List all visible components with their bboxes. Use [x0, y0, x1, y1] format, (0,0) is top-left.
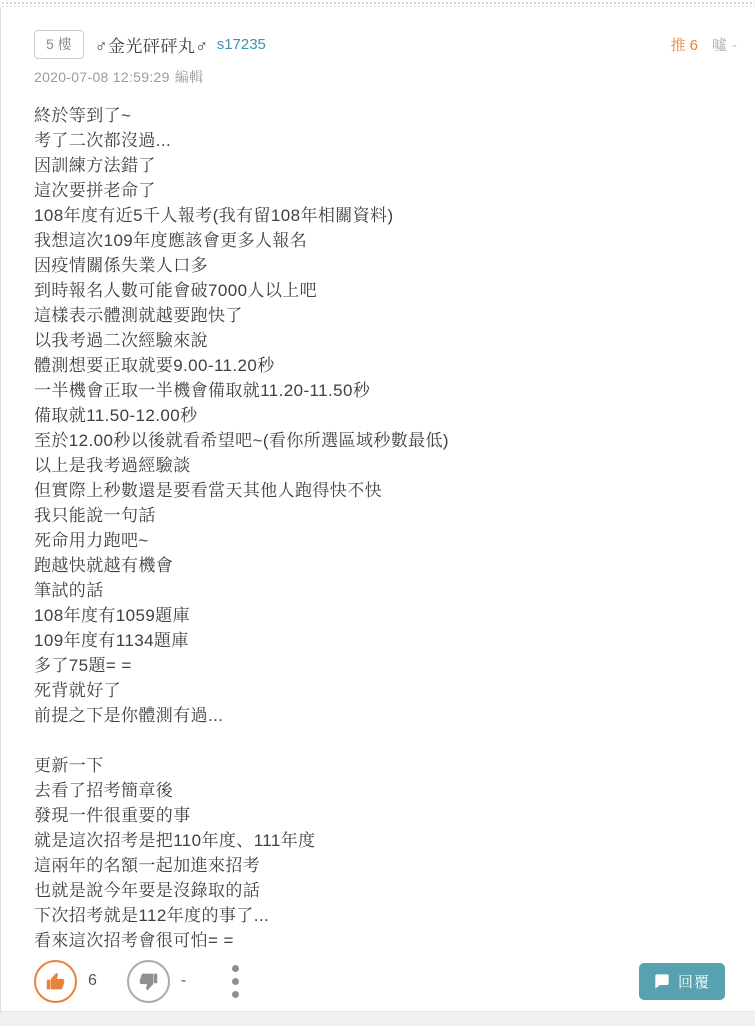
reply-button[interactable]: 回覆 — [639, 963, 725, 1000]
body-line: 因訓練方法錯了 — [34, 153, 755, 178]
boo-count: - — [732, 37, 737, 54]
push-label: 推 — [671, 37, 686, 54]
body-line: 多了75題= = — [34, 653, 755, 678]
actions-bar: 6 - 回覆 — [34, 960, 755, 1003]
thumb-up-icon — [45, 971, 66, 992]
thumb-down-icon — [138, 971, 159, 992]
body-line: 終於等到了~ — [34, 103, 755, 128]
body-line: 這兩年的名額一起加進來招考 — [34, 853, 755, 878]
timestamp: 2020-07-08 12:59:29 — [34, 69, 170, 85]
kebab-menu-icon[interactable] — [228, 963, 243, 1000]
author-name: ♂金光砰砰丸♂ — [95, 32, 209, 57]
body-line: 前提之下是你體測有過... — [34, 703, 755, 728]
edited-label: 編輯 — [175, 69, 204, 85]
body-line: 109年度有1134題庫 — [34, 628, 755, 653]
body-line: 體測想要正取就要9.00-11.20秒 — [34, 353, 755, 378]
body-line: 看來這次招考會很可怕= = — [34, 928, 755, 953]
author-id-link[interactable]: s17235 — [217, 36, 266, 53]
body-line: 我想這次109年度應該會更多人報名 — [34, 228, 755, 253]
body-line: 一半機會正取一半機會備取就11.20-11.50秒 — [34, 378, 755, 403]
top-divider-pattern — [0, 0, 755, 7]
post-body: 終於等到了~考了二次都沒過...因訓練方法錯了這次要拼老命了108年度有近5千人… — [34, 103, 755, 953]
thumb-down-button[interactable] — [127, 960, 170, 1003]
dislike-count: - — [181, 972, 186, 990]
body-line: 更新一下 — [34, 753, 755, 778]
comment-header: 5 樓 ♂金光砰砰丸♂ s17235 推6噓- — [34, 30, 755, 59]
body-line: 備取就11.50-12.00秒 — [34, 403, 755, 428]
body-line: 因疫情關係失業人口多 — [34, 253, 755, 278]
comment-card: 5 樓 ♂金光砰砰丸♂ s17235 推6噓- 2020-07-08 12:59… — [0, 7, 755, 1012]
body-line: 去看了招考簡章後 — [34, 778, 755, 803]
body-line: 也就是說今年要是沒錄取的話 — [34, 878, 755, 903]
body-line: 死背就好了 — [34, 678, 755, 703]
body-line: 108年度有1059題庫 — [34, 603, 755, 628]
page-background-strip — [0, 1012, 755, 1026]
like-count: 6 — [88, 972, 97, 990]
body-line — [34, 728, 755, 753]
body-line: 以我考過二次經驗來說 — [34, 328, 755, 353]
body-line: 發現一件很重要的事 — [34, 803, 755, 828]
body-line: 以上是我考過經驗談 — [34, 453, 755, 478]
body-line: 我只能說一句話 — [34, 503, 755, 528]
body-line: 至於12.00秒以後就看希望吧~(看你所選區域秒數最低) — [34, 428, 755, 453]
body-line: 跑越快就越有機會 — [34, 553, 755, 578]
body-line: 考了二次都沒過... — [34, 128, 755, 153]
push-count: 6 — [690, 37, 698, 54]
body-line: 但實際上秒數還是要看當天其他人跑得快不快 — [34, 478, 755, 503]
body-line: 這樣表示體測就越要跑快了 — [34, 303, 755, 328]
chat-bubble-icon — [654, 973, 670, 989]
push-boo-stats: 推6噓- — [671, 34, 737, 55]
body-line: 筆試的話 — [34, 578, 755, 603]
reply-button-label: 回覆 — [678, 971, 710, 992]
floor-badge: 5 樓 — [34, 30, 84, 59]
timestamp-row: 2020-07-08 12:59:29編輯 — [34, 67, 755, 87]
body-line: 下次招考就是112年度的事了... — [34, 903, 755, 928]
body-line: 死命用力跑吧~ — [34, 528, 755, 553]
body-line: 就是這次招考是把110年度、111年度 — [34, 828, 755, 853]
boo-label: 噓 — [712, 37, 727, 54]
body-line: 這次要拼老命了 — [34, 178, 755, 203]
body-line: 108年度有近5千人報考(我有留108年相關資料) — [34, 203, 755, 228]
body-line: 到時報名人數可能會破7000人以上吧 — [34, 278, 755, 303]
thumb-up-button[interactable] — [34, 960, 77, 1003]
